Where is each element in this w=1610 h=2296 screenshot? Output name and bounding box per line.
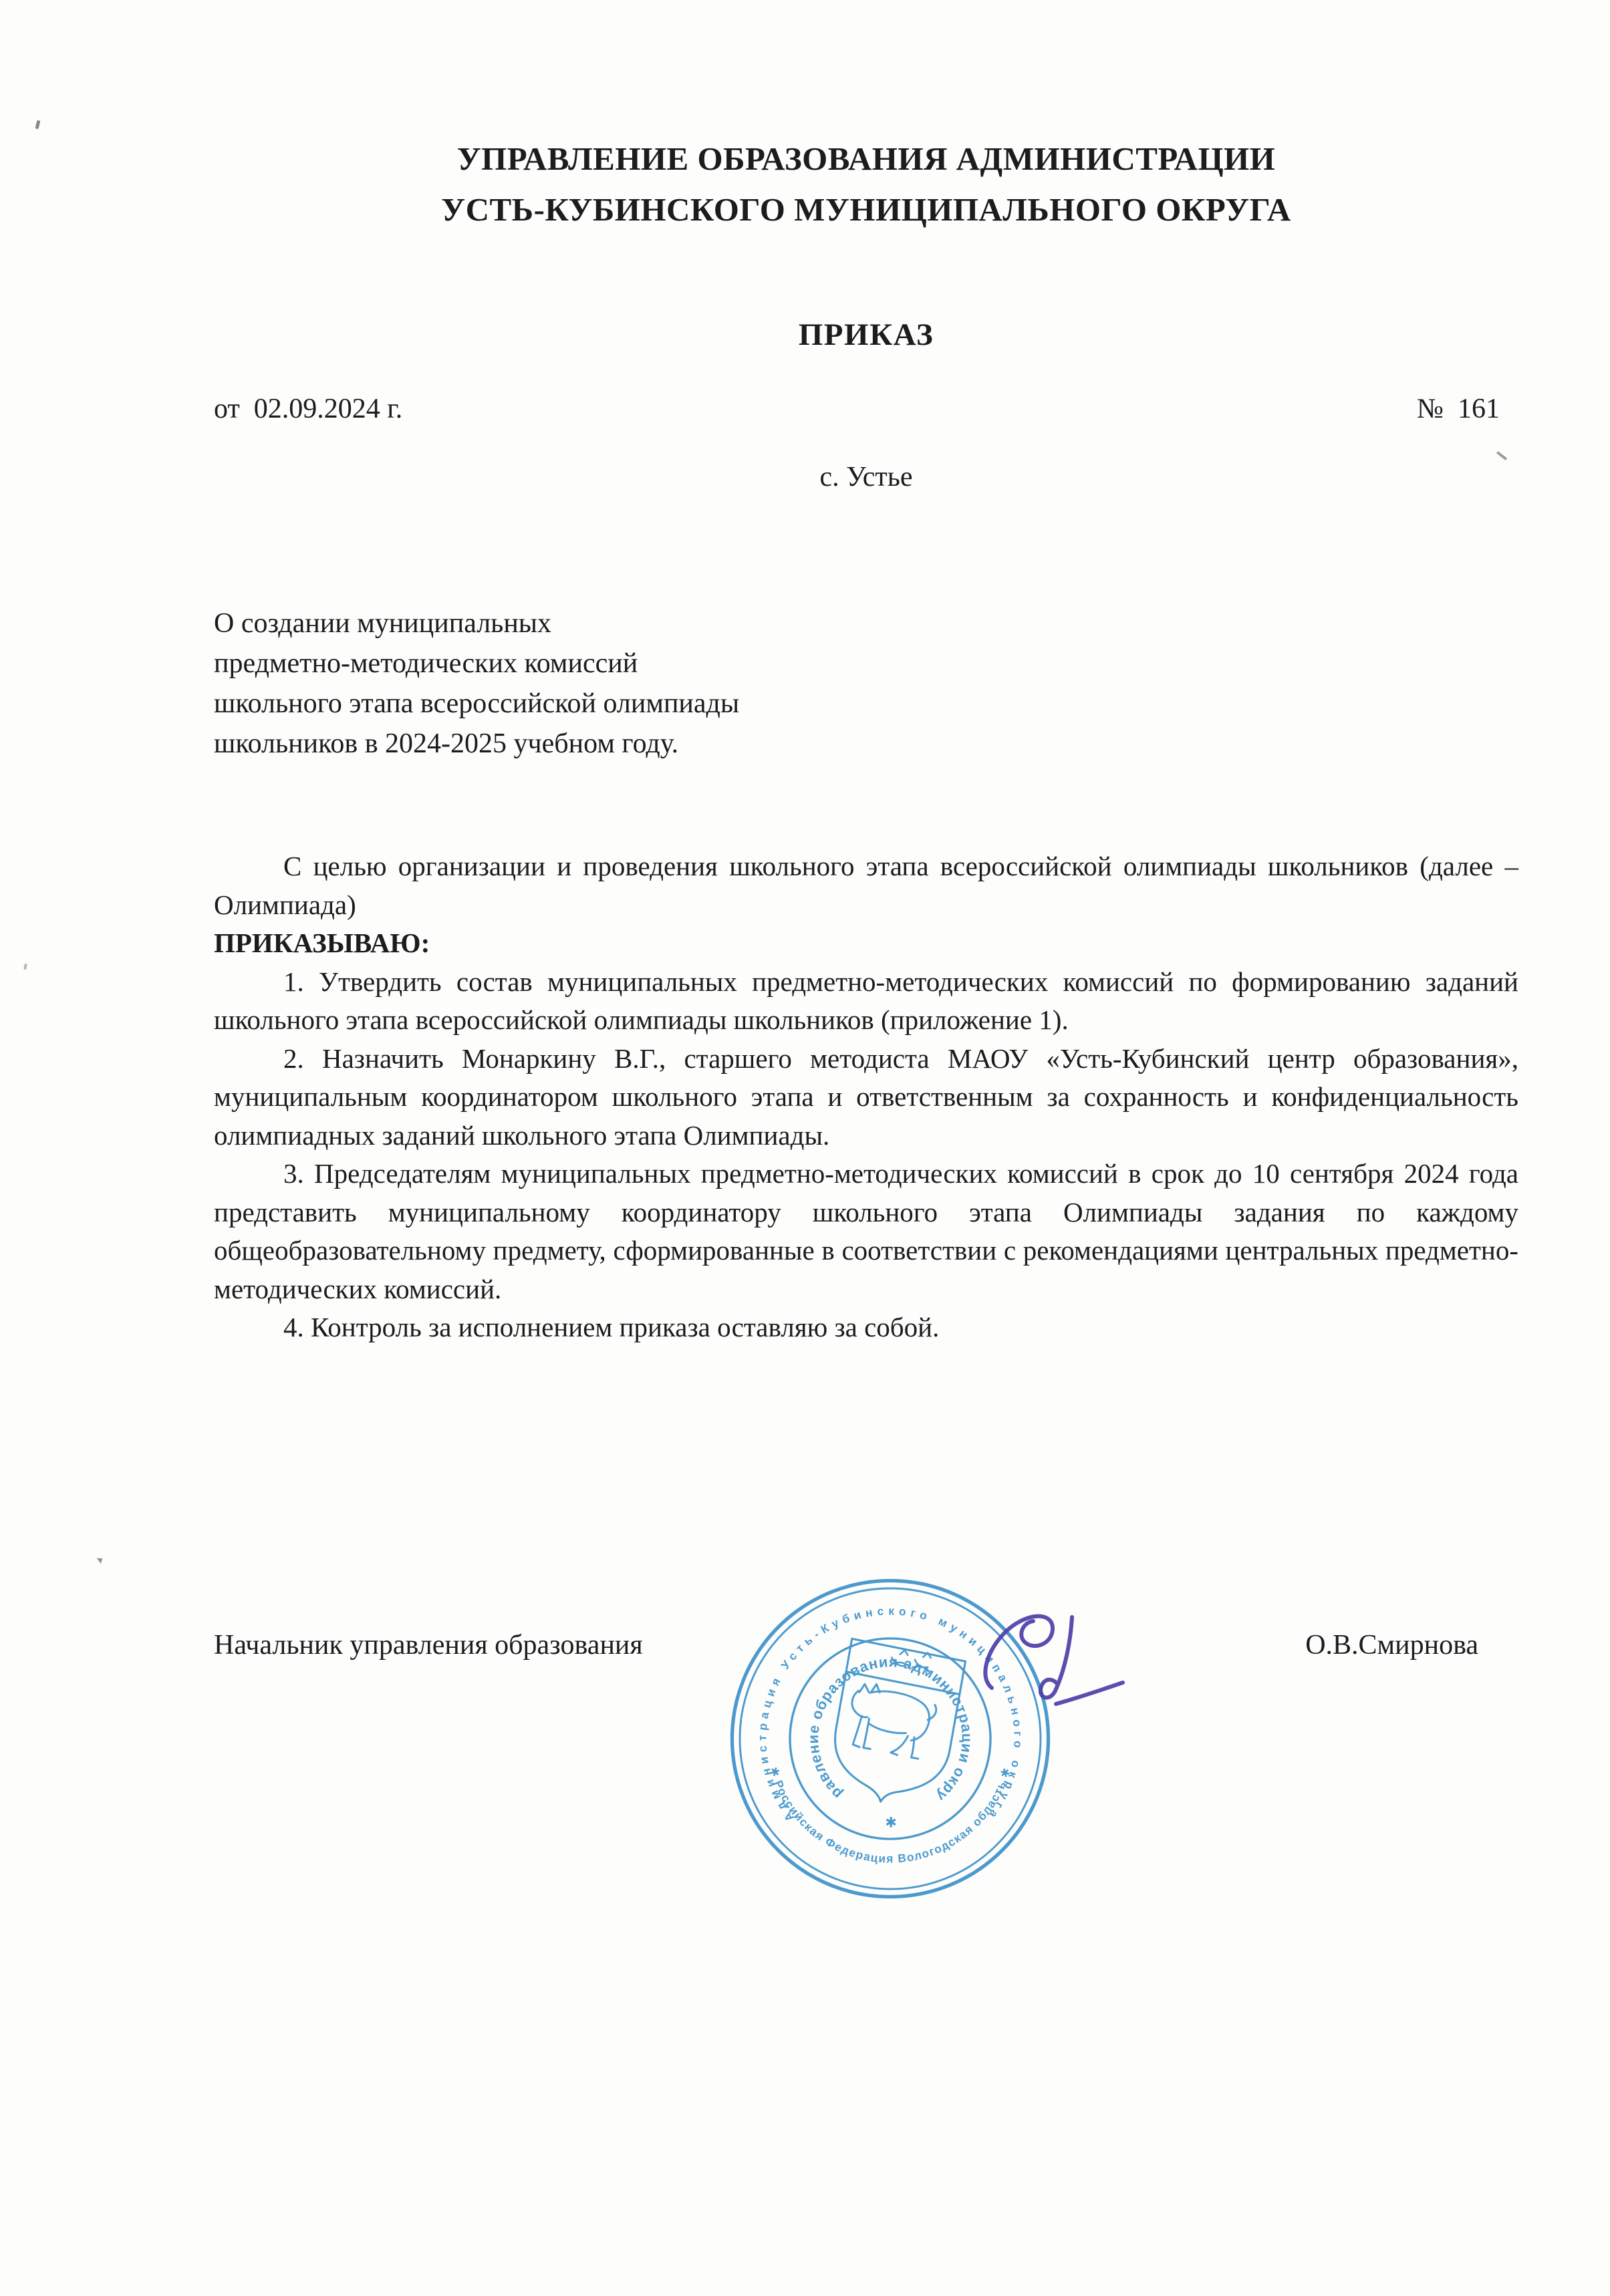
lynx-figure [844, 1681, 939, 1760]
signature-strokes [985, 1616, 1123, 1704]
stamp-bottom-asterisk: ✱ [885, 1814, 897, 1831]
doc-body: С целью организации и проведения школьно… [214, 847, 1518, 1347]
date-number-row: от 02.09.2024 г. № 161 [214, 393, 1518, 425]
doc-type-heading: ПРИКАЗ [214, 317, 1518, 353]
org-title-line1: УПРАВЛЕНИЕ ОБРАЗОВАНИЯ АДМИНИСТРАЦИИ [214, 134, 1518, 184]
intro-paragraph: С целью организации и проведения школьно… [214, 847, 1518, 924]
scanned-order-document: УПРАВЛЕНИЕ ОБРАЗОВАНИЯ АДМИНИСТРАЦИИ УСТ… [0, 0, 1610, 2296]
scan-artifact [1496, 451, 1508, 460]
scan-artifact [35, 120, 41, 130]
doc-place: с. Устье [214, 461, 1518, 493]
org-title-line2: УСТЬ-КУБИНСКОГО МУНИЦИПАЛЬНОГО ОКРУГА [214, 184, 1518, 235]
order-item-4: 4. Контроль за исполнением приказа остав… [214, 1308, 1518, 1347]
scan-artifact [97, 1556, 104, 1564]
order-item-1: 1. Утвердить состав муниципальных предме… [214, 963, 1518, 1040]
doc-number: № 161 [1417, 393, 1500, 425]
subject-line: школьников в 2024-2025 учебном году. [214, 724, 1518, 764]
scan-artifact [23, 964, 27, 970]
subject-line: предметно-методических комиссий [214, 643, 1518, 684]
subject-line: школьного этапа всероссийской олимпиады [214, 684, 1518, 724]
handwritten-signature [977, 1609, 1137, 1736]
doc-subject: О создании муниципальных предметно-метод… [214, 603, 1518, 764]
org-title: УПРАВЛЕНИЕ ОБРАЗОВАНИЯ АДМИНИСТРАЦИИ УСТ… [214, 134, 1518, 235]
subject-line: О создании муниципальных [214, 603, 1518, 643]
signer-position: Начальник управления образования [214, 1629, 643, 1661]
order-item-2: 2. Назначить Монаркину В.Г., старшего ме… [214, 1040, 1518, 1155]
resolve-word: ПРИКАЗЫВАЮ: [214, 924, 1518, 963]
doc-date: от 02.09.2024 г. [214, 393, 402, 425]
signer-name: О.В.Смирнова [1305, 1629, 1478, 1661]
order-item-3: 3. Председателям муниципальных предметно… [214, 1155, 1518, 1308]
